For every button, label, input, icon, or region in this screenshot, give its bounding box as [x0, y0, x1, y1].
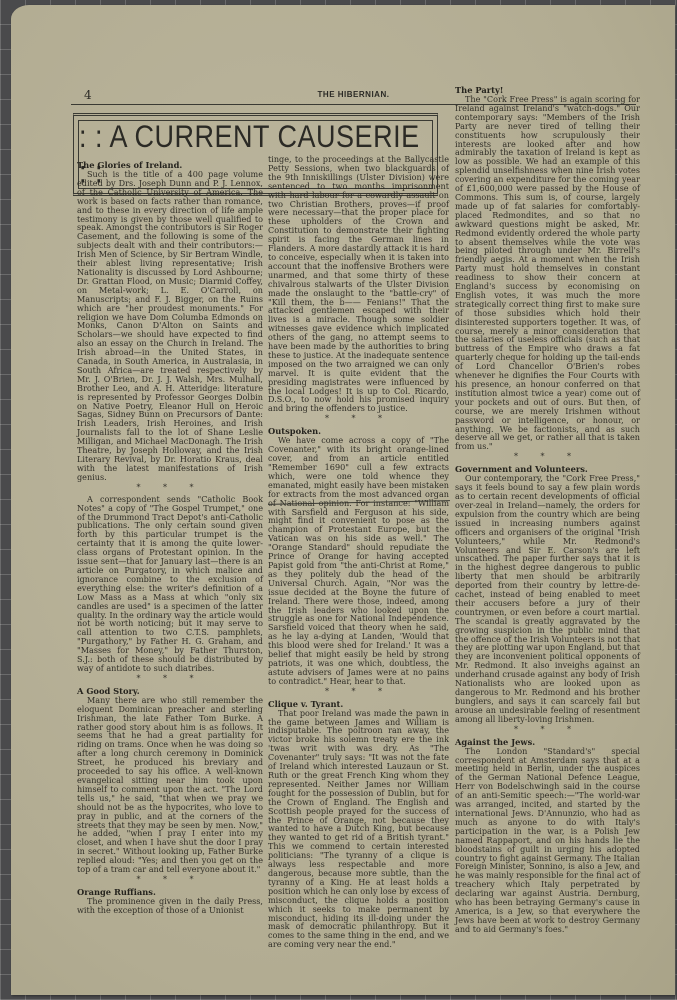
- column-3: The Party! The "Cork Free Press" is agai…: [455, 85, 640, 934]
- article-body-government: Our contemporary, the "Cork Free Press,"…: [455, 474, 640, 723]
- article-body-glories: Such is the title of a 400 page volume e…: [77, 170, 263, 482]
- article-body-party: The "Cork Free Press" is again scoring f…: [455, 95, 640, 451]
- article-body-orange-ruffians-continued: tinge, to the proceedings at the Ballyca…: [268, 155, 449, 413]
- article-body-orange-ruffians: The prominence given in the daily Press,…: [77, 897, 263, 915]
- article-body-trumpet: A correspondent sends "Catholic Book Not…: [77, 495, 263, 673]
- article-body-jews: The London "Standard's" special correspo…: [455, 747, 640, 934]
- section-separator: * * *: [77, 875, 263, 884]
- section-separator: * * *: [77, 483, 263, 492]
- article-body-good-story: Many there are who still remember the el…: [77, 696, 263, 874]
- section-separator: * * *: [77, 674, 263, 683]
- section-separator: * * *: [455, 725, 640, 734]
- section-separator: * * *: [268, 687, 449, 696]
- section-separator: * * *: [455, 452, 640, 461]
- column-2: tinge, to the proceedings at the Ballyca…: [268, 155, 449, 949]
- newspaper-page: 4 THE HIBERNIAN. : : A CURRENT CAUSERIE …: [11, 5, 675, 995]
- article-body-outspoken: We have come across a copy of "The Coven…: [268, 436, 449, 685]
- column-1: The Glories of Ireland. Such is the titl…: [77, 160, 263, 915]
- article-body-clique: That poor Ireland was made the pawn in t…: [268, 709, 449, 949]
- section-separator: * * *: [268, 414, 449, 423]
